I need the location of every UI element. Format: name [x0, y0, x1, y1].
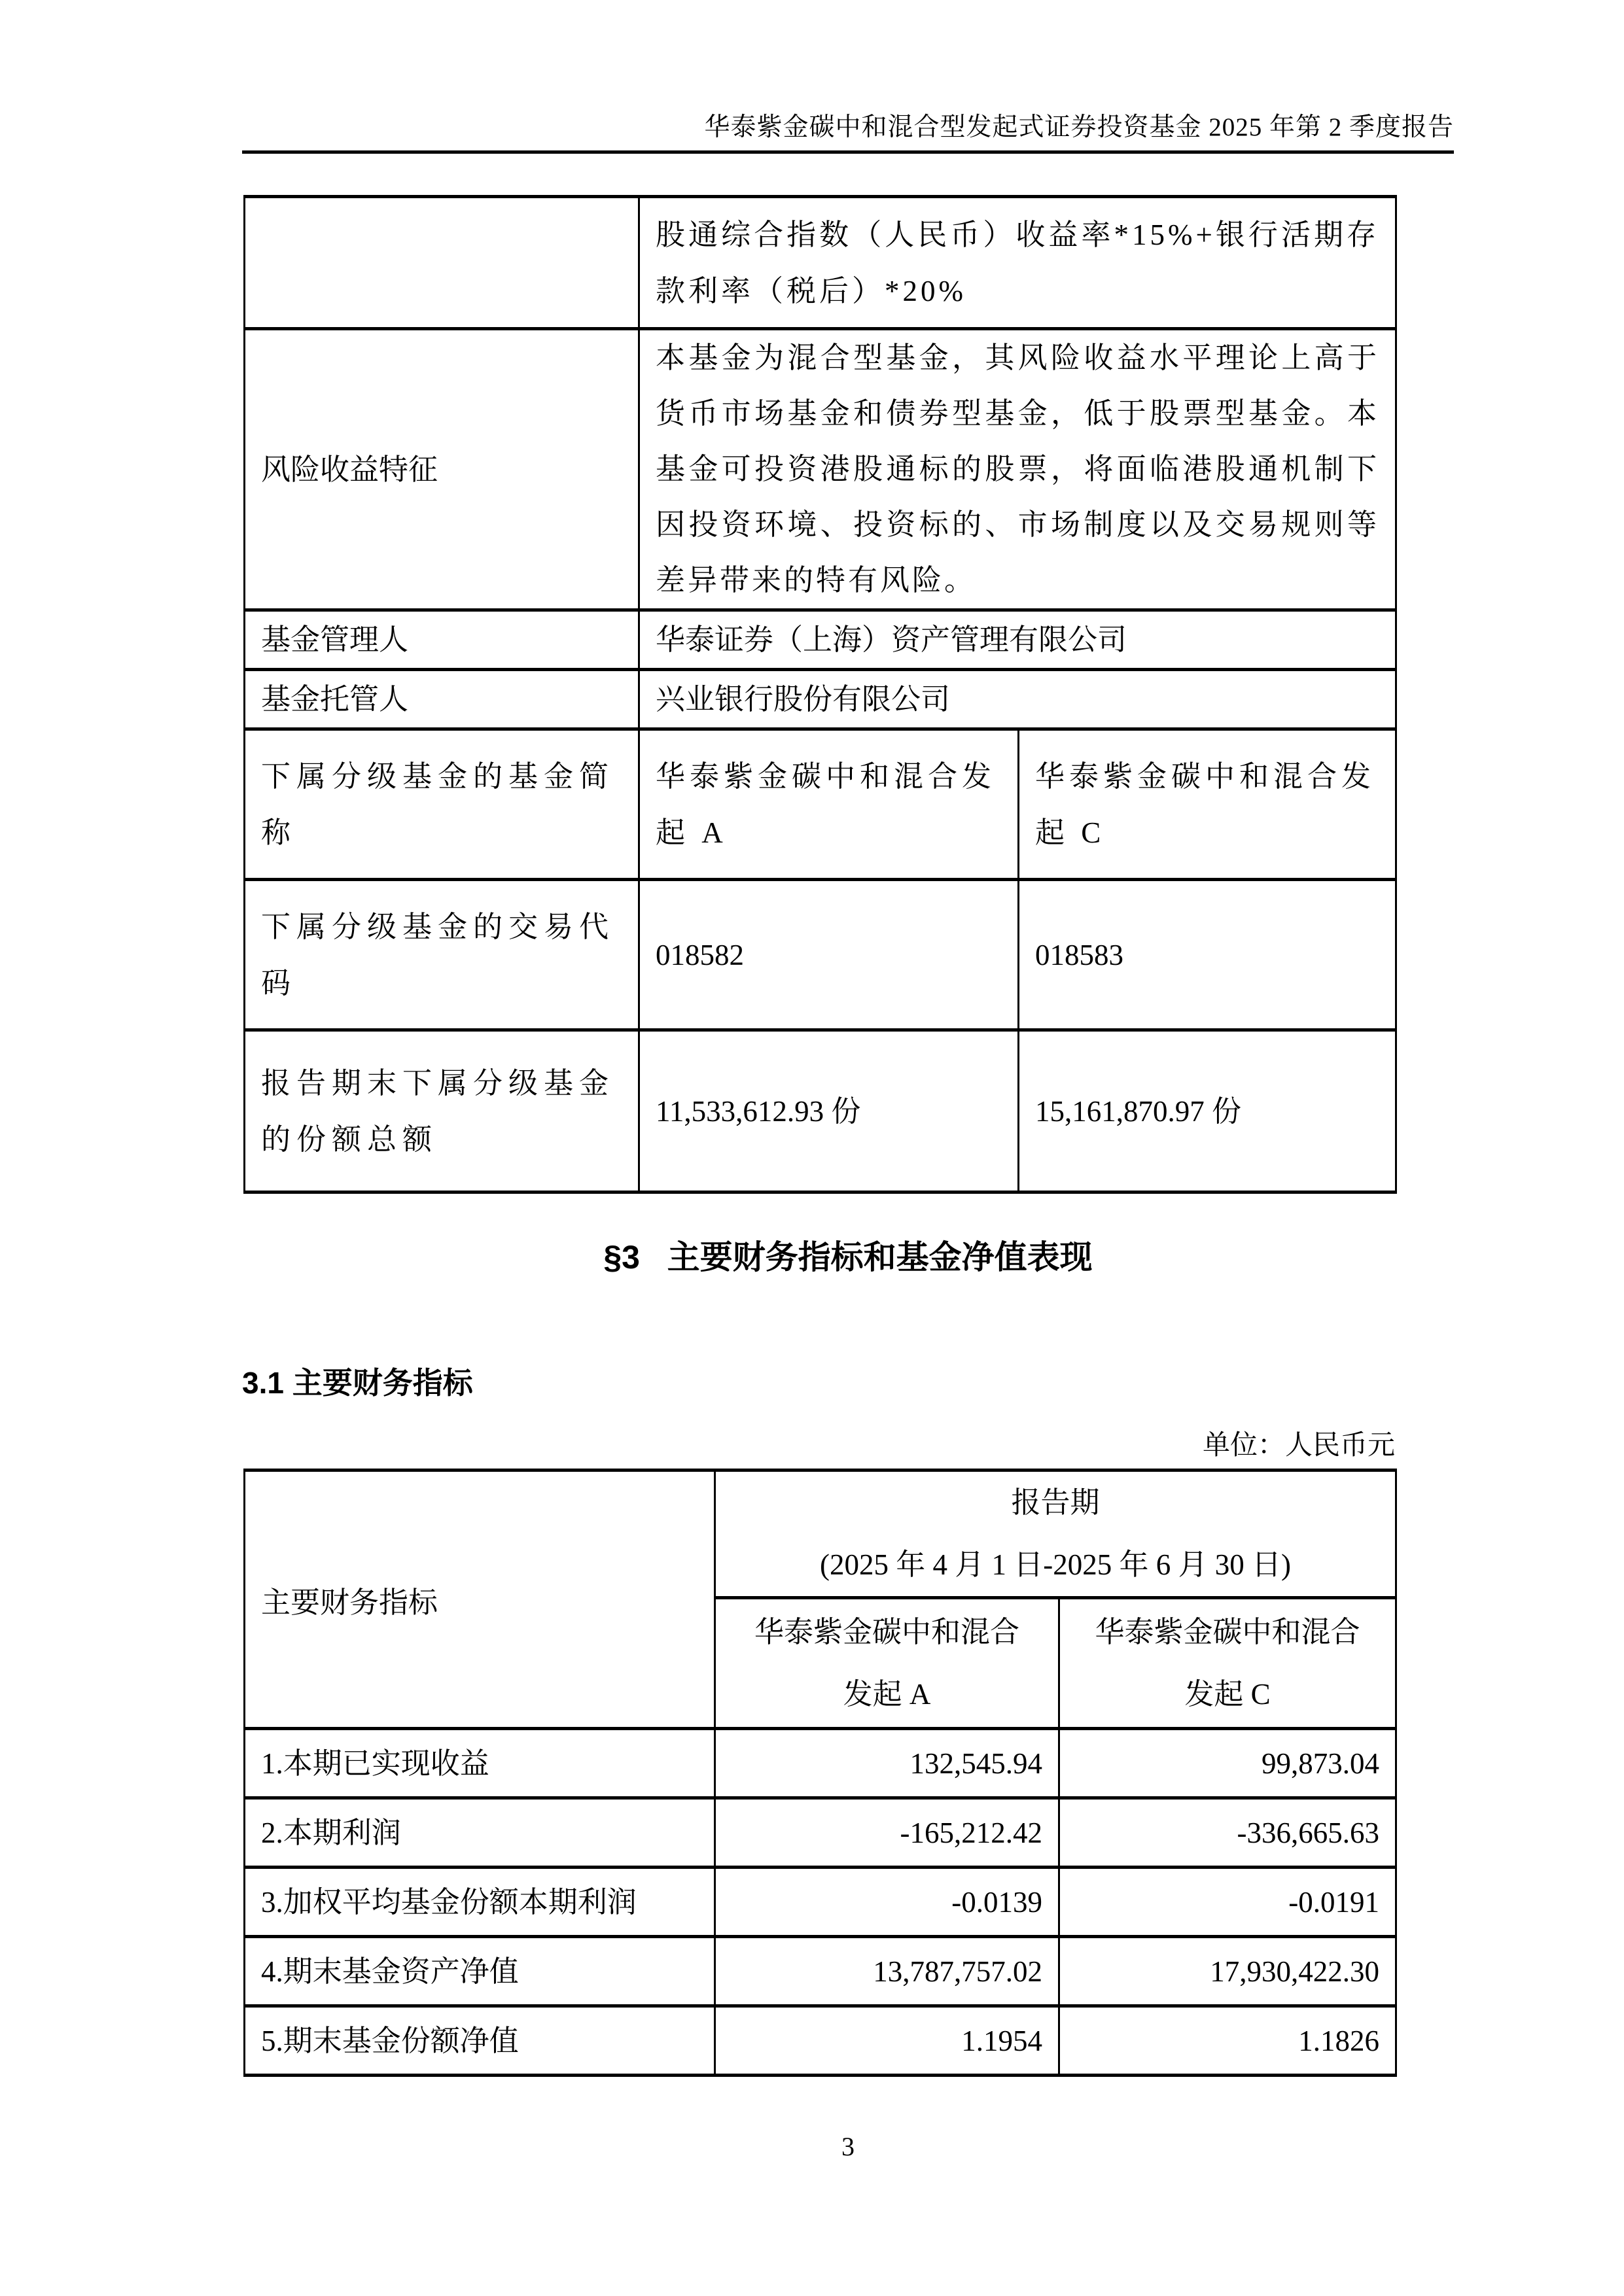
report-period-header: 报告期 (2025 年 4 月 1 日-2025 年 6 月 30 日) — [715, 1470, 1396, 1598]
table-row: 股通综合指数（人民币）收益率*15%+银行活期存款利率（税后）*20% — [245, 197, 1396, 329]
indicator-value-a: -165,212.42 — [715, 1798, 1059, 1868]
indicator-value-a: 132,545.94 — [715, 1729, 1059, 1798]
financial-indicators-table: 主要财务指标 报告期 (2025 年 4 月 1 日-2025 年 6 月 30… — [243, 1469, 1397, 2077]
benchmark-label-cell-empty — [245, 197, 639, 329]
section3-heading: §3 主要财务指标和基金净值表现 — [242, 1231, 1454, 1278]
indicator-label: 5.期末基金份额净值 — [245, 2006, 715, 2076]
subfund-shares-c: 15,161,870.97 份 — [1019, 1030, 1396, 1192]
subfund-name-a: 华泰紫金碳中和混合发 起 A — [639, 729, 1019, 880]
table-row: 风险收益特征 本基金为混合型基金，其风险收益水平理论上高于货币市场基金和债券型基… — [245, 329, 1396, 610]
indicator-row: 4.期末基金资产净值 13,787,757.02 17,930,422.30 — [245, 1937, 1396, 2006]
fund-manager-label: 基金管理人 — [245, 610, 639, 670]
subfund-code-label: 下属分级基金的交易代 码 — [245, 880, 639, 1030]
subfund-shares-a: 11,533,612.93 份 — [639, 1030, 1019, 1192]
indicator-label: 4.期末基金资产净值 — [245, 1937, 715, 2006]
fund-custodian-label: 基金托管人 — [245, 670, 639, 729]
indicator-value-c: 17,930,422.30 — [1059, 1937, 1396, 2006]
indicator-label: 3.加权平均基金份额本期利润 — [245, 1868, 715, 1937]
fund-manager-value: 华泰证券（上海）资产管理有限公司 — [639, 610, 1396, 670]
unit-note: 单位：人民币元 — [242, 1423, 1395, 1463]
indicator-value-c: -336,665.63 — [1059, 1798, 1396, 1868]
indicator-value-c: 99,873.04 — [1059, 1729, 1396, 1798]
indicator-value-c: 1.1826 — [1059, 2006, 1396, 2076]
fund-info-table: 股通综合指数（人民币）收益率*15%+银行活期存款利率（税后）*20% 风险收益… — [243, 195, 1397, 1194]
subfund-code-a: 018582 — [639, 880, 1019, 1030]
indicator-row: 2.本期利润 -165,212.42 -336,665.63 — [245, 1798, 1396, 1868]
indicator-value-a: -0.0139 — [715, 1868, 1059, 1937]
table-row: 下属分级基金的基金简 称 华泰紫金碳中和混合发 起 A 华泰紫金碳中和混合发 起… — [245, 729, 1396, 880]
table-row: 基金托管人 兴业银行股份有限公司 — [245, 670, 1396, 729]
table-row: 基金管理人 华泰证券（上海）资产管理有限公司 — [245, 610, 1396, 670]
header-title: 华泰紫金碳中和混合型发起式证券投资基金 2025 年第 2 季度报告 — [242, 113, 1454, 143]
indicator-value-a: 13,787,757.02 — [715, 1937, 1059, 2006]
page: { "page": { "header_title": "华泰紫金碳中和混合型发… — [0, 0, 1624, 2296]
indicator-row: 3.加权平均基金份额本期利润 -0.0139 -0.0191 — [245, 1868, 1396, 1937]
indicator-value-c: -0.0191 — [1059, 1868, 1396, 1937]
page-number: 3 — [242, 2131, 1454, 2162]
benchmark-continuation-cell: 股通综合指数（人民币）收益率*15%+银行活期存款利率（税后）*20% — [639, 197, 1396, 329]
subfund-name-label: 下属分级基金的基金简 称 — [245, 729, 639, 880]
subfund-code-c: 018583 — [1019, 880, 1396, 1030]
table-row: 下属分级基金的交易代 码 018582 018583 — [245, 880, 1396, 1030]
indicator-value-a: 1.1954 — [715, 2006, 1059, 2076]
fund-custodian-value: 兴业银行股份有限公司 — [639, 670, 1396, 729]
class-c-header: 华泰紫金碳中和混合 发起 C — [1059, 1598, 1396, 1729]
indicator-row: 5.期末基金份额净值 1.1954 1.1826 — [245, 2006, 1396, 2076]
risk-return-label: 风险收益特征 — [245, 329, 639, 610]
class-a-header: 华泰紫金碳中和混合 发起 A — [715, 1598, 1059, 1729]
header-rule — [242, 150, 1454, 154]
indicator-row: 1.本期已实现收益 132,545.94 99,873.04 — [245, 1729, 1396, 1798]
indicator-label: 2.本期利润 — [245, 1798, 715, 1868]
table-row: 报告期末下属分级基金 的份额总额 11,533,612.93 份 15,161,… — [245, 1030, 1396, 1192]
subfund-shares-label: 报告期末下属分级基金 的份额总额 — [245, 1030, 639, 1192]
indicator-label: 1.本期已实现收益 — [245, 1729, 715, 1798]
section31-heading: 3.1 主要财务指标 — [242, 1359, 473, 1402]
indicator-corner-label: 主要财务指标 — [245, 1470, 715, 1729]
table-row: 主要财务指标 报告期 (2025 年 4 月 1 日-2025 年 6 月 30… — [245, 1470, 1396, 1598]
risk-return-text: 本基金为混合型基金，其风险收益水平理论上高于货币市场基金和债券型基金，低于股票型… — [639, 329, 1396, 610]
subfund-name-c: 华泰紫金碳中和混合发 起 C — [1019, 729, 1396, 880]
